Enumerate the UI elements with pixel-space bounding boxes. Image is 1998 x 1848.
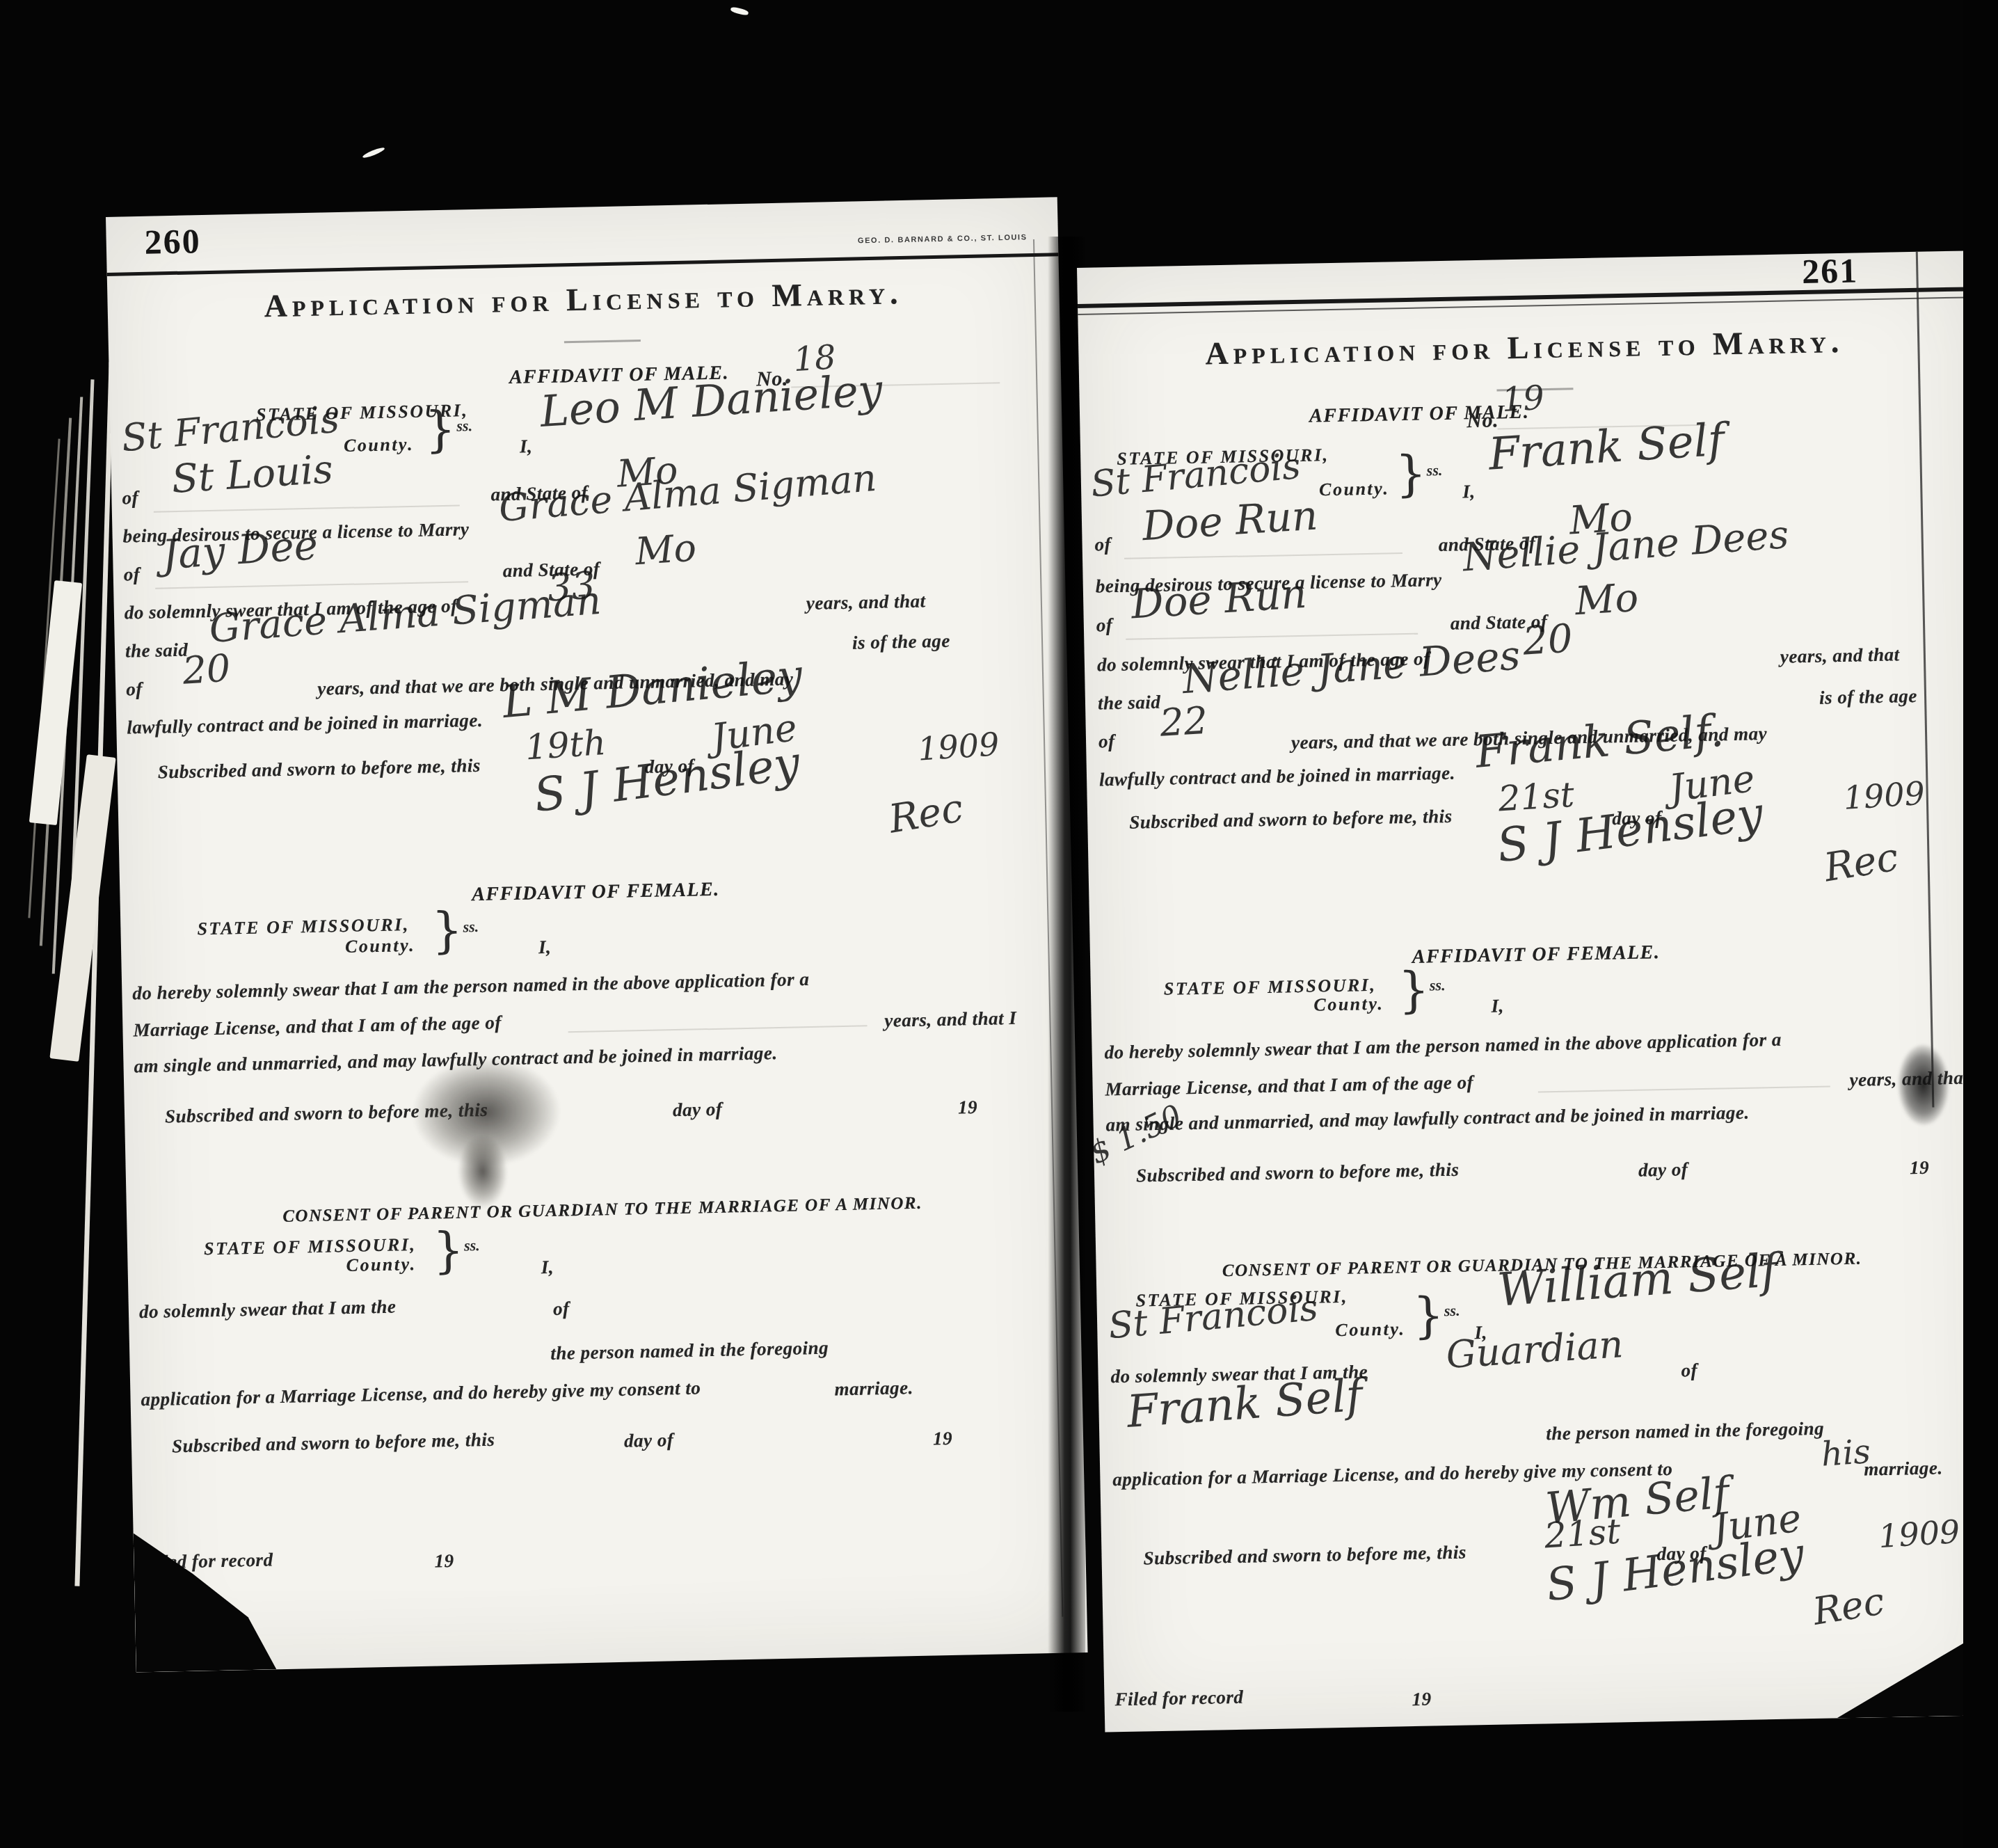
consent-sworn-day-handwritten: 21st xyxy=(1543,1514,1621,1554)
scan-speck xyxy=(730,6,749,16)
ss-brace: } xyxy=(431,905,463,955)
female-affidavit-heading: AFFIDAVIT OF FEMALE. xyxy=(120,872,1071,913)
subscribed-line: Subscribed and sworn to before me, this xyxy=(1143,1541,1466,1571)
of-label: of xyxy=(1098,730,1115,754)
bookmark-tab xyxy=(49,754,115,1062)
blank-line xyxy=(155,580,468,589)
page-crease xyxy=(1916,252,1935,1108)
ss-label: ss. xyxy=(1426,463,1442,478)
bride-state-handwritten: Mo xyxy=(1574,579,1639,622)
county-label: County. xyxy=(345,936,416,957)
ss-brace: } xyxy=(1395,449,1427,498)
header-rule xyxy=(107,253,1059,276)
bride-name-repeat-handwritten: Nellie Jane Dees xyxy=(1181,635,1521,700)
scanned-register-spread: 260 GEO. D. BARNARD & CO., ST. LOUIS App… xyxy=(0,0,1998,1848)
subscribed-line: Subscribed and sworn to before me, this xyxy=(157,754,481,784)
sworn-year-handwritten: 1909 xyxy=(1842,777,1926,814)
residence-handwritten: Doe Run xyxy=(1141,495,1319,546)
consent-sworn-year-handwritten: 1909 xyxy=(1878,1515,1961,1552)
blank-line xyxy=(568,1023,868,1033)
subscribed-line: Subscribed and sworn to before me, this xyxy=(172,1428,495,1458)
female-swear-line-1: do hereby solemnly swear that I am the p… xyxy=(132,968,810,1005)
of-label: of xyxy=(1096,614,1113,637)
year-prefix: 19 xyxy=(1412,1688,1432,1712)
recorder-title-handwritten: Rec xyxy=(886,789,966,839)
blank-line xyxy=(1538,1084,1830,1092)
ink-blot xyxy=(1898,1044,1949,1125)
of-label: of xyxy=(122,486,138,510)
bride-residence-handwritten: Jay Dee xyxy=(161,525,319,575)
bride-residence-handwritten: Doe Run xyxy=(1130,573,1308,625)
ss-brace: } xyxy=(424,405,456,454)
is-of-the-age-label: is of the age xyxy=(852,630,950,655)
form-title: Application for License to Marry. xyxy=(1078,321,1971,374)
bride-state-handwritten: Mo xyxy=(634,529,697,571)
right-page-number: 261 xyxy=(1802,253,1859,289)
year-prefix: 19 xyxy=(1910,1156,1930,1180)
sworn-year-handwritten: 1909 xyxy=(917,728,1000,765)
years-and-that-label: years, and that xyxy=(1780,643,1900,669)
consent-heading: CONSENT OF PARENT OR GUARDIAN TO THE MAR… xyxy=(127,1190,1078,1229)
i-label: I, xyxy=(1462,480,1476,504)
subscribed-line: Subscribed and sworn to before me, this xyxy=(1136,1158,1460,1188)
ss-label: ss. xyxy=(456,418,472,433)
book-spine-shadow xyxy=(1048,237,1085,1712)
day-of-label: day of xyxy=(1638,1158,1688,1182)
bride-name-handwritten: Nellie Jane Dees xyxy=(1462,516,1790,577)
ss-label: ss. xyxy=(1430,978,1446,993)
county-label: County. xyxy=(1313,994,1384,1016)
i-label: I, xyxy=(520,435,533,459)
consent-of-label: of xyxy=(1681,1359,1697,1383)
county-label: County. xyxy=(346,1254,417,1276)
i-label: I, xyxy=(1491,994,1504,1018)
i-label: I, xyxy=(541,1256,554,1280)
relationship-handwritten: Guardian xyxy=(1445,1325,1624,1374)
right-black-band xyxy=(1963,0,1998,1848)
county-label: County. xyxy=(1319,479,1390,500)
bride-age-handwritten: 20 xyxy=(182,649,232,690)
i-label: I, xyxy=(538,936,552,959)
applicant-age-handwritten: 20 xyxy=(1521,619,1574,661)
lawfully-line: lawfully contract and be joined in marri… xyxy=(127,709,483,740)
year-prefix: 19 xyxy=(933,1427,953,1451)
the-said-label: the said xyxy=(125,639,189,664)
years-and-that-i-label: years, and that I xyxy=(884,1007,1017,1033)
sworn-day-handwritten: 19th xyxy=(524,725,607,765)
fee-note-handwritten: $ 1.50 xyxy=(1085,1100,1186,1169)
consent-application-line: application for a Marriage License, and … xyxy=(141,1376,701,1412)
ss-label: ss. xyxy=(464,1238,480,1253)
right-page: 261 Application for License to Marry. AF… xyxy=(1077,250,1997,1732)
blank-line xyxy=(154,503,460,512)
printer-imprint: GEO. D. BARNARD & CO., ST. LOUIS xyxy=(858,234,1028,245)
female-swear-line-3: am single and unmarried, and may lawfull… xyxy=(1105,1101,1750,1138)
years-and-that-label: years, and that xyxy=(806,589,926,615)
title-dash xyxy=(564,340,641,343)
day-of-label: day of xyxy=(673,1098,723,1122)
female-swear-line-2: Marriage License, and that I am of the a… xyxy=(133,1011,502,1042)
ss-label: ss. xyxy=(1444,1303,1460,1319)
ss-label: ss. xyxy=(463,919,479,934)
blank-line xyxy=(1126,632,1418,640)
female-affidavit-heading: AFFIDAVIT OF FEMALE. xyxy=(1090,936,1982,974)
scan-speck xyxy=(362,146,385,159)
of-label: of xyxy=(126,678,143,701)
day-of-label: day of xyxy=(624,1428,674,1453)
ss-brace: } xyxy=(1398,965,1430,1014)
county-label: County. xyxy=(344,435,415,456)
applicant-name-handwritten: Frank Self xyxy=(1487,417,1726,477)
year-prefix: 19 xyxy=(434,1550,454,1573)
of-label: of xyxy=(123,563,140,587)
consent-swear-line: do solemnly swear that I am the xyxy=(139,1296,397,1324)
consent-of-label: of xyxy=(553,1297,570,1321)
year-prefix: 19 xyxy=(958,1096,978,1120)
lawfully-line: lawfully contract and be joined in marri… xyxy=(1099,762,1455,792)
of-label: of xyxy=(1094,533,1111,557)
ss-brace: } xyxy=(1412,1291,1444,1340)
the-said-label: the said xyxy=(1098,691,1161,715)
consent-recorder-title-handwritten: Rec xyxy=(1810,1582,1887,1631)
subscribed-line: Subscribed and sworn to before me, this xyxy=(1129,805,1453,835)
filed-for-record-label: Filed for record xyxy=(1114,1686,1244,1712)
bride-name-repeat-handwritten: Grace Alma Sigman xyxy=(208,582,602,649)
blank-line xyxy=(1124,551,1402,559)
bride-age-handwritten: 22 xyxy=(1159,702,1209,742)
person-named-line: the person named in the foregoing xyxy=(1546,1417,1824,1446)
marriage-word: marriage. xyxy=(1864,1456,1943,1481)
marriage-word: marriage. xyxy=(834,1376,913,1401)
residence-handwritten: St Louis xyxy=(170,450,334,500)
county-label: County. xyxy=(1335,1319,1406,1341)
license-number-handwritten: 19 xyxy=(1501,381,1545,417)
is-of-the-age-label: is of the age xyxy=(1819,685,1917,710)
bride-name-handwritten: Grace Alma Sigman xyxy=(497,459,878,527)
ss-brace: } xyxy=(432,1226,464,1275)
form-title: Application for License to Marry. xyxy=(107,272,1060,327)
person-named-line: the person named in the foregoing xyxy=(550,1337,829,1366)
recorder-title-handwritten: Rec xyxy=(1821,838,1901,888)
left-page: 260 GEO. D. BARNARD & CO., ST. LOUIS App… xyxy=(106,197,1088,1672)
left-page-number: 260 xyxy=(144,223,201,260)
female-swear-line-1: do hereby solemnly swear that I am the p… xyxy=(1104,1028,1782,1065)
bookmark-tab xyxy=(29,580,82,825)
female-swear-line-2: Marriage License, and that I am of the a… xyxy=(1105,1071,1473,1101)
